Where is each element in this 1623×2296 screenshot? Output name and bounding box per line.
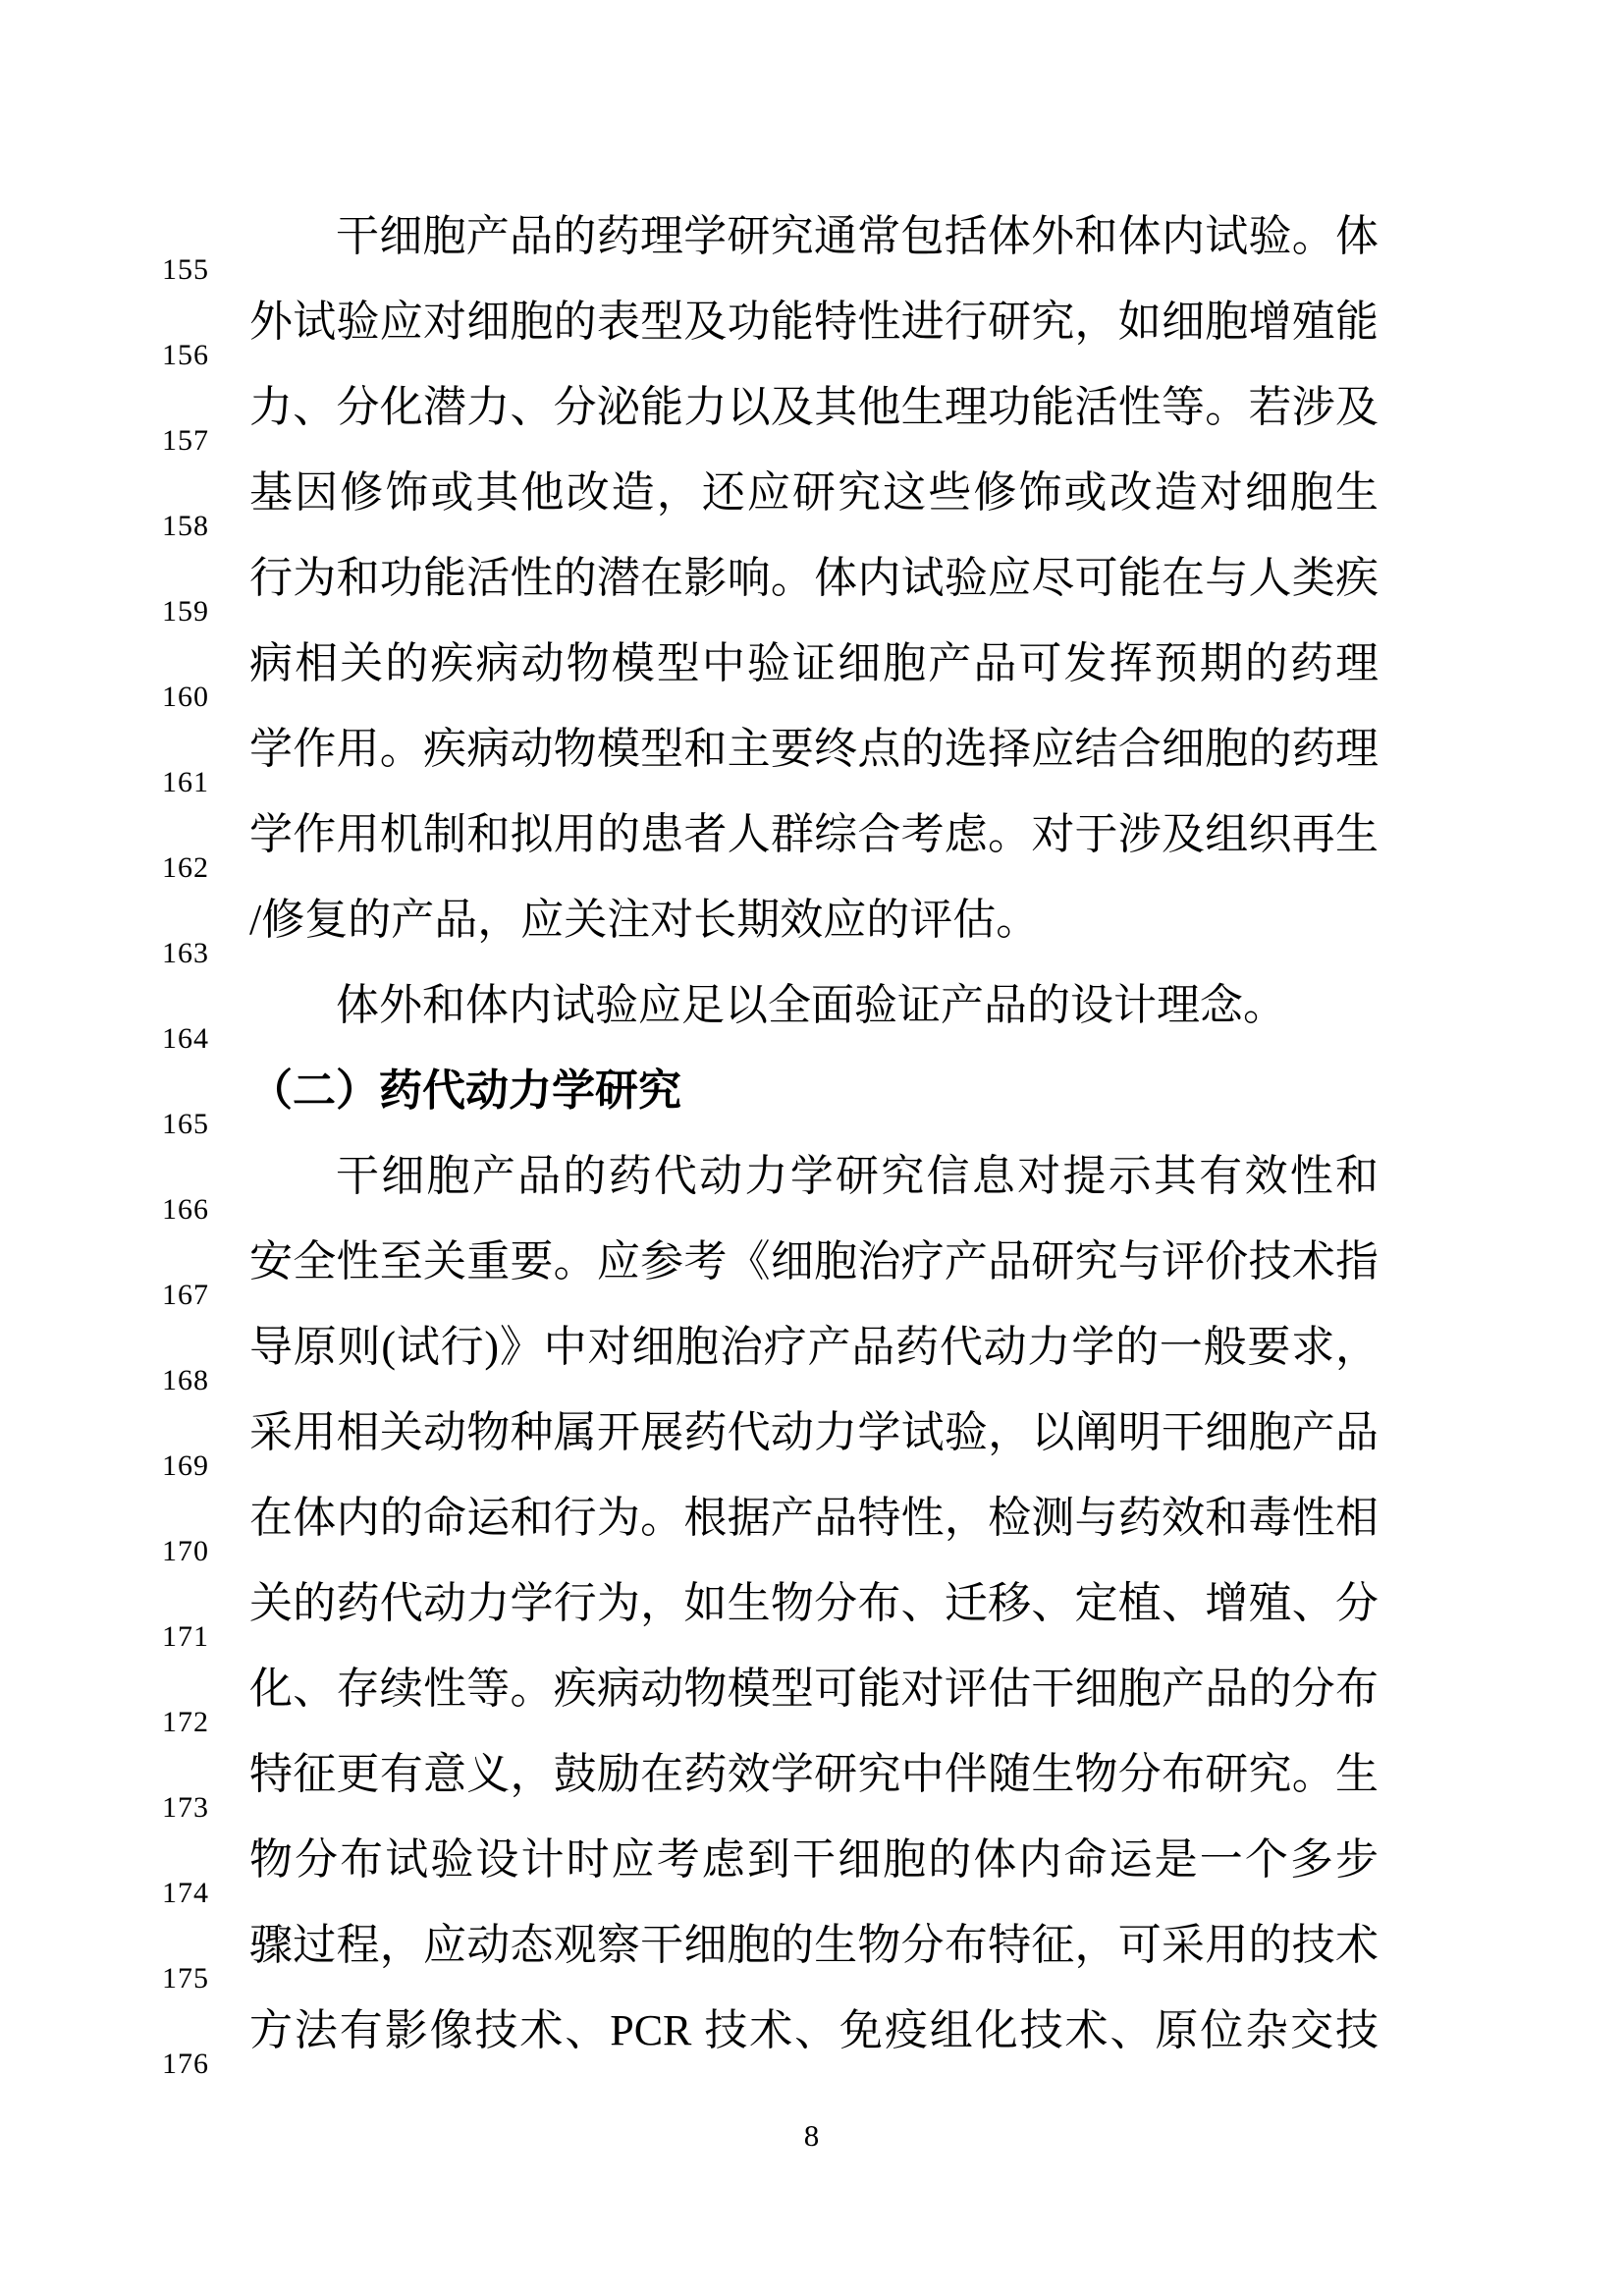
text-line: 168导原则(试行)》中对细胞治疗产品药代动力学的一般要求， — [0, 1304, 1623, 1390]
text-line: 158基因修饰或其他改造，还应研究这些修饰或改造对细胞生理、 — [0, 450, 1623, 535]
document-page: 155干细胞产品的药理学研究通常包括体外和体内试验。体 156外试验应对细胞的表… — [0, 0, 1623, 2296]
page-number: 8 — [0, 2109, 1623, 2162]
text-line: 164体外和体内试验应足以全面验证产品的设计理念。 — [0, 962, 1623, 1048]
line-number: 176 — [162, 2021, 249, 2106]
text-line: 156外试验应对细胞的表型及功能特性进行研究，如细胞增殖能 — [0, 279, 1623, 364]
text-line: 170在体内的命运和行为。根据产品特性，检测与药效和毒性相 — [0, 1475, 1623, 1560]
line-text: 行为和功能活性的潜在影响。体内试验应尽可能在与人类疾 — [249, 535, 1379, 621]
line-text: 方法有影像技术、PCR 技术、免疫组化技术、原位杂交技术 — [249, 1988, 1379, 2073]
text-line: 159行为和功能活性的潜在影响。体内试验应尽可能在与人类疾 — [0, 535, 1623, 621]
line-text: 化、存续性等。疾病动物模型可能对评估干细胞产品的分布 — [249, 1646, 1379, 1731]
line-text: 安全性至关重要。应参考《细胞治疗产品研究与评价技术指 — [249, 1219, 1379, 1304]
text-line: 175骤过程，应动态观察干细胞的生物分布特征，可采用的技术 — [0, 1902, 1623, 1988]
text-line: 172化、存续性等。疾病动物模型可能对评估干细胞产品的分布 — [0, 1646, 1623, 1731]
text-line: 160病相关的疾病动物模型中验证细胞产品可发挥预期的药理 — [0, 621, 1623, 706]
line-text: 干细胞产品的药理学研究通常包括体外和体内试验。体 — [249, 193, 1379, 279]
text-line: 176方法有影像技术、PCR 技术、免疫组化技术、原位杂交技术 — [0, 1988, 1623, 2073]
line-text: 学作用机制和拟用的患者人群综合考虑。对于涉及组织再生 — [249, 792, 1379, 877]
line-text: 骤过程，应动态观察干细胞的生物分布特征，可采用的技术 — [249, 1902, 1379, 1988]
text-line: 171关的药代动力学行为，如生物分布、迁移、定植、增殖、分 — [0, 1560, 1623, 1646]
line-text: 在体内的命运和行为。根据产品特性，检测与药效和毒性相 — [249, 1475, 1379, 1560]
text-line: 162学作用机制和拟用的患者人群综合考虑。对于涉及组织再生 — [0, 792, 1623, 877]
text-line: 173特征更有意义，鼓励在药效学研究中伴随生物分布研究。生 — [0, 1731, 1623, 1817]
line-text: 力、分化潜力、分泌能力以及其他生理功能活性等。若涉及 — [249, 364, 1379, 450]
line-text: 体外和体内试验应足以全面验证产品的设计理念。 — [249, 962, 1379, 1048]
line-text: 关的药代动力学行为，如生物分布、迁移、定植、增殖、分 — [249, 1560, 1379, 1646]
line-text: 物分布试验设计时应考虑到干细胞的体内命运是一个多步 — [249, 1817, 1379, 1902]
line-text: 基因修饰或其他改造，还应研究这些修饰或改造对细胞生理、 — [249, 450, 1379, 535]
text-body: 155干细胞产品的药理学研究通常包括体外和体内试验。体 156外试验应对细胞的表… — [0, 193, 1623, 2073]
text-line: 161学作用。疾病动物模型和主要终点的选择应结合细胞的药理 — [0, 706, 1623, 792]
text-line: 163/修复的产品，应关注对长期效应的评估。 — [0, 877, 1623, 962]
text-line: 167安全性至关重要。应参考《细胞治疗产品研究与评价技术指 — [0, 1219, 1623, 1304]
text-line: 157力、分化潜力、分泌能力以及其他生理功能活性等。若涉及 — [0, 364, 1623, 450]
text-line: 174物分布试验设计时应考虑到干细胞的体内命运是一个多步 — [0, 1817, 1623, 1902]
text-line: 169采用相关动物种属开展药代动力学试验，以阐明干细胞产品 — [0, 1390, 1623, 1475]
text-line: 155干细胞产品的药理学研究通常包括体外和体内试验。体 — [0, 193, 1623, 279]
line-text: /修复的产品，应关注对长期效应的评估。 — [249, 877, 1379, 962]
line-text: 病相关的疾病动物模型中验证细胞产品可发挥预期的药理 — [249, 621, 1379, 706]
line-text: 导原则(试行)》中对细胞治疗产品药代动力学的一般要求， — [249, 1304, 1379, 1390]
line-text: 干细胞产品的药代动力学研究信息对提示其有效性和 — [249, 1133, 1379, 1219]
text-line: 165（二）药代动力学研究 — [0, 1048, 1623, 1133]
line-text: （二）药代动力学研究 — [249, 1048, 1379, 1133]
line-text: 特征更有意义，鼓励在药效学研究中伴随生物分布研究。生 — [249, 1731, 1379, 1817]
line-text: 采用相关动物种属开展药代动力学试验，以阐明干细胞产品 — [249, 1390, 1379, 1475]
line-text: 学作用。疾病动物模型和主要终点的选择应结合细胞的药理 — [249, 706, 1379, 792]
text-line: 166干细胞产品的药代动力学研究信息对提示其有效性和 — [0, 1133, 1623, 1219]
line-text: 外试验应对细胞的表型及功能特性进行研究，如细胞增殖能 — [249, 279, 1379, 364]
